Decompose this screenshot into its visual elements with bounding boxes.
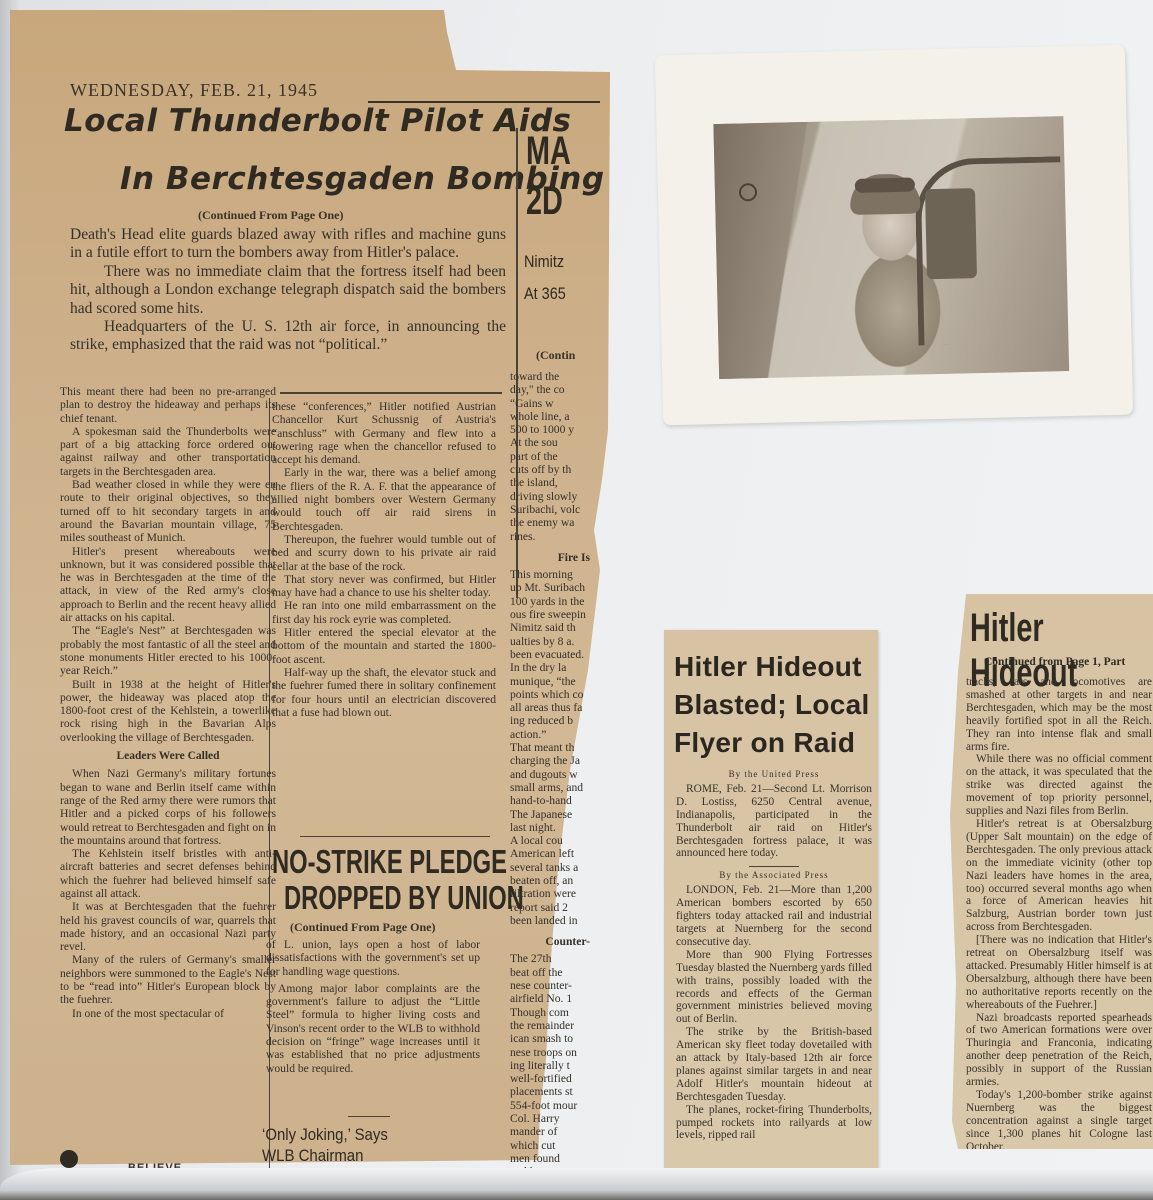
side-column-line: nese counter- — [510, 979, 590, 992]
strike-headline-line2: DROPPED BY UNION — [284, 880, 524, 916]
paragraph: Today's 1,200-bomber strike against Nuer… — [966, 1089, 1152, 1154]
paragraph: tracks, cars and locomotives are smashed… — [966, 676, 1152, 753]
paragraph: Hitler entered the special elevator at t… — [272, 626, 496, 666]
byline: By the Associated Press — [676, 869, 872, 882]
side-column-line: been evacuated. — [510, 648, 590, 661]
clipping-hitler-hideout-continued: Hitler Hideout Continued from Page 1, Pa… — [944, 594, 1153, 1149]
side-column-line: action.” — [510, 728, 590, 741]
side-column-line: The 27th — [510, 952, 590, 965]
side-column-line: Suribachi, volc — [510, 503, 590, 516]
goggles — [855, 178, 915, 193]
side-column-line: points which co — [510, 688, 590, 701]
side-column-line: American left — [510, 847, 590, 860]
paragraph: Hitler's present whereabouts were unknow… — [60, 545, 276, 625]
side-column-line: 554-foot mour — [510, 1099, 590, 1112]
side-article-column: toward theday," the co“Gains wwhole line… — [510, 370, 590, 1200]
side-column-line: part of the — [510, 450, 590, 463]
side-subheadline-line1: Nimitz — [524, 252, 564, 272]
byline: By the United Press — [676, 768, 872, 781]
binder-hole — [60, 1150, 78, 1168]
side-column-line: the island, — [510, 476, 590, 489]
headline-line: Blasted; Local — [674, 686, 874, 724]
subheadline-line1: ‘Only Joking,’ Says — [262, 1124, 388, 1145]
paragraph: A spokesman said the Thunderbolts were p… — [60, 425, 276, 478]
pilot-seat — [925, 188, 977, 279]
strike-subheadline: ‘Only Joking,’ Says WLB Chairman — [262, 1124, 388, 1166]
pilot-photograph — [655, 45, 1133, 426]
paragraph: Early in the war, there was a belief amo… — [272, 466, 496, 532]
paragraph: That story never was confirmed, but Hitl… — [272, 573, 496, 600]
side-column-line: In the dry la — [510, 661, 590, 674]
paragraph: It was at Berchtesgaden that the fuehrer… — [60, 900, 276, 953]
paragraph: The “Eagle's Nest” at Berchtesgaden was … — [60, 624, 276, 677]
side-column-line: ing reduced b — [510, 714, 590, 727]
page-bottom-curl — [0, 1168, 1153, 1200]
side-column-line: been landed in — [510, 914, 590, 927]
side-column-line: At the sou — [510, 436, 590, 449]
canopy-frame — [713, 122, 829, 379]
side-column-line: report said 2 — [510, 901, 590, 914]
side-column-line: small arms, and — [510, 781, 590, 794]
scrapbook-page: WEDNESDAY, FEB. 21, 1945 Local Thunderbo… — [0, 0, 1153, 1200]
section-rule — [300, 836, 490, 837]
side-column-line: the remainder — [510, 1019, 590, 1032]
side-column-line: filtration were — [510, 887, 590, 900]
paragraph: Nazi broadcasts reported spearheads of t… — [966, 1012, 1152, 1089]
paragraph: Among major labor complaints are the gov… — [266, 982, 480, 1075]
side-column-line: 100 yards in the — [510, 595, 590, 608]
paragraph: He ran into one mild embarrassment on th… — [272, 599, 496, 626]
clipping-two-body: By the United Press ROME, Feb. 21—Second… — [676, 766, 872, 1142]
lead-paragraphs: Death's Head elite guards blazed away wi… — [70, 226, 506, 355]
side-column-line: That meant th — [510, 741, 590, 754]
side-column-line: the enemy wa — [510, 516, 590, 529]
side-column-line: driving slowly — [510, 490, 590, 503]
strike-continued-note: (Continued From Page One) — [290, 920, 435, 935]
side-column-line: cuts off by th — [510, 463, 590, 476]
paragraph: Many of the rulers of Germany's smaller … — [60, 953, 276, 1006]
side-column-line: all areas thus fa — [510, 701, 590, 714]
side-headline-line2: 2D — [526, 180, 563, 222]
paragraph: [There was no indication that Hitler's r… — [966, 934, 1152, 1011]
column-subhead: Leaders Were Called — [60, 750, 276, 763]
paragraph: When Nazi Germany's military fortunes be… — [60, 767, 276, 847]
dateline: WEDNESDAY, FEB. 21, 1945 — [70, 80, 318, 101]
side-column-line: The Japanese — [510, 808, 590, 821]
main-headline-line1: Local Thunderbolt Pilot Aids — [64, 102, 572, 141]
continued-note: Continued from Page 1, Part — [984, 656, 1125, 668]
side-column-line: beaten off, an — [510, 874, 590, 887]
side-column-line: Though com — [510, 1006, 590, 1019]
side-column-line: A local cou — [510, 834, 590, 847]
side-column-subhead: Fire Is — [510, 551, 590, 564]
paragraph: The planes, rocket-firing Thunderbolts, … — [676, 1104, 872, 1143]
main-continued-note: (Continued From Page One) — [198, 208, 343, 223]
side-column-line: ican smash to — [510, 1032, 590, 1045]
clipping-hitler-hideout-blasted: Hitler Hideout Blasted; Local Flyer on R… — [664, 630, 878, 1195]
headline-line: Hitler Hideout — [674, 648, 874, 686]
side-column-line: toward the — [510, 370, 590, 383]
side-column-line: which cut — [510, 1139, 590, 1152]
strike-article-body: of L. union, lays open a host of labor d… — [266, 938, 480, 1075]
photo-image-pilot-in-cockpit — [713, 116, 1069, 379]
side-column-line: ualties by 8 a. — [510, 635, 590, 648]
side-column-subhead: Counter- — [510, 935, 590, 948]
side-column-line: ing literally t — [510, 1059, 590, 1072]
side-headline-line1: MA — [526, 130, 571, 172]
side-column-line: 500 to 1000 y — [510, 423, 590, 436]
side-subheadline-line2: At 365 — [524, 284, 566, 304]
paragraph: of L. union, lays open a host of labor d… — [266, 938, 480, 978]
paragraph: Half-way up the shaft, the elevator stuc… — [272, 666, 496, 719]
side-column-line: hand-to-hand — [510, 794, 590, 807]
clipping-three-body: tracks, cars and locomotives are smashed… — [966, 676, 1152, 1154]
paragraph: The Kehlstein itself bristles with anti-… — [60, 847, 276, 900]
headline-line: Flyer on Raid — [674, 724, 874, 762]
side-column-line: several tanks a — [510, 861, 590, 874]
side-column-line: whole line, a — [510, 410, 590, 423]
paragraph: Bad weather closed in while they were en… — [60, 478, 276, 544]
lead-paragraph: There was no immediate claim that the fo… — [70, 263, 506, 318]
lead-paragraph: Headquarters of the U. S. 12th air force… — [70, 318, 506, 355]
side-column-line: last night. — [510, 821, 590, 834]
side-column-line: munique, “the — [510, 675, 590, 688]
paragraph: The strike by the British-based American… — [676, 1026, 872, 1103]
article-column-2: these “conferences,” Hitler notified Aus… — [272, 400, 496, 719]
paragraph: While there was no official comment on t… — [966, 753, 1152, 818]
short-rule — [348, 1116, 390, 1117]
article-column-1: This meant there had been no pre-arrange… — [60, 385, 276, 1020]
side-column-line: day," the co — [510, 383, 590, 396]
paragraph: This meant there had been no pre-arrange… — [60, 385, 276, 425]
side-column-line: nese troops on — [510, 1046, 590, 1059]
clipping-two-headline: Hitler Hideout Blasted; Local Flyer on R… — [674, 648, 874, 762]
section-rule — [280, 392, 502, 394]
side-column-line: beat off the — [510, 966, 590, 979]
paragraph: these “conferences,” Hitler notified Aus… — [272, 400, 496, 466]
side-column-line: placements st — [510, 1085, 590, 1098]
side-column-line: mander of — [510, 1125, 590, 1138]
side-continued-note: (Contin — [536, 348, 575, 363]
side-column-line: men found — [510, 1152, 590, 1165]
side-column-line: Nimitz said th — [510, 621, 590, 634]
side-column-line: charging the Ja — [510, 754, 590, 767]
paragraph: ROME, Feb. 21—Second Lt. Morrison D. Los… — [676, 783, 872, 860]
side-column-line: ous fire sweepin — [510, 608, 590, 621]
lead-paragraph: Death's Head elite guards blazed away wi… — [70, 226, 506, 263]
side-column-line: rines. — [510, 530, 590, 543]
side-column-line: airfield No. 1 — [510, 992, 590, 1005]
paragraph: In one of the most spectacular of — [60, 1007, 276, 1020]
paragraph: Built in 1938 at the height of Hitler's … — [60, 678, 276, 744]
side-column-line: up Mt. Suribach — [510, 581, 590, 594]
side-column-line: well-fortified — [510, 1072, 590, 1085]
side-column-line: Col. Harry — [510, 1112, 590, 1125]
paragraph: Thereupon, the fuehrer would tumble out … — [272, 533, 496, 573]
subheadline-line2: WLB Chairman — [262, 1145, 388, 1166]
paragraph: More than 900 Flying Fortresses Tuesday … — [676, 949, 872, 1026]
strike-headline-line1: NO-STRIKE PLEDGE — [272, 844, 507, 880]
short-rule — [749, 866, 799, 867]
paragraph: Hitler's retreat is at Obersalzburg (Upp… — [966, 818, 1152, 934]
side-column-line: “Gains w — [510, 397, 590, 410]
side-column-line: and dugouts w — [510, 768, 590, 781]
paragraph: LONDON, Feb. 21—More than 1,200 American… — [676, 884, 872, 949]
side-column-line: This morning — [510, 568, 590, 581]
